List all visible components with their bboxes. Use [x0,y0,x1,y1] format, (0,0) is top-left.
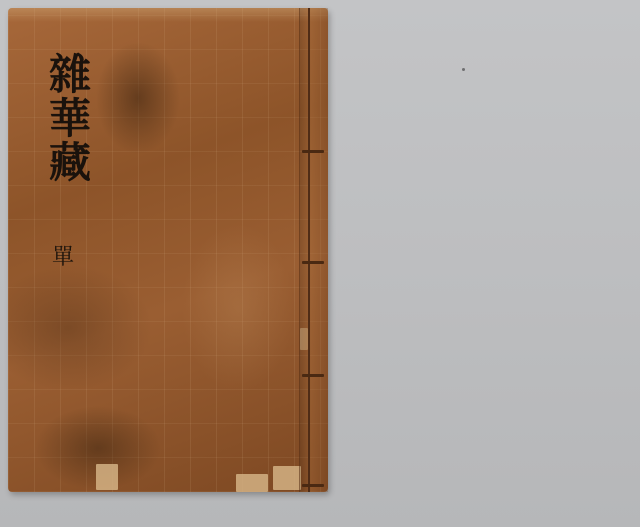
dust-speck [462,68,465,71]
worn-patch [273,466,301,490]
volume-mark: 單 [52,240,74,271]
binding-tie [302,484,324,487]
binding-thread [308,8,310,492]
binding-tie [302,374,324,377]
worn-patch [96,464,118,490]
book-title: 雜華藏 [42,52,92,184]
book-cover: 雜華藏 單 [8,8,328,492]
cover-top-edge [8,8,328,22]
binding-tie [302,150,324,153]
book-spine [299,8,328,492]
binding-tie [302,261,324,264]
worn-patch [236,474,268,492]
